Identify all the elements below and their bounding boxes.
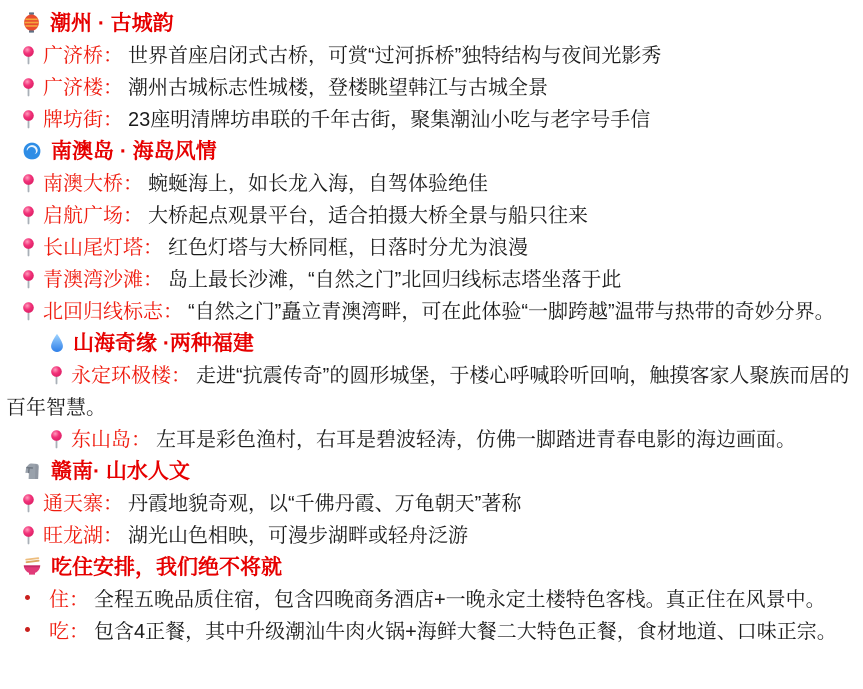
round-pushpin-icon (14, 296, 35, 328)
section-title: 吃住安排，我们绝不将就 (51, 556, 282, 579)
section: 赣南· 山水人文通天寨：丹霞地貌奇观，以“千佛丹霞、万龟朝天”著称旺龙湖：湖光山… (6, 456, 851, 552)
poi-line: 广济楼：潮州古城标志性城楼，登楼眺望韩江与古城全景 (6, 72, 851, 104)
poi-name: 牌坊街： (43, 109, 123, 131)
section-title: 南澳岛 · 海岛风情 (51, 140, 217, 163)
moai-icon (14, 456, 42, 488)
poi-name: 通天寨： (43, 493, 123, 515)
section-heading: 吃住安排，我们绝不将就 (6, 552, 851, 584)
itinerary-content: 潮州 · 古城韵广济桥：世界首座启闭式古桥，可赏“过河拆桥”独特结构与夜间光影秀… (6, 8, 851, 648)
round-pushpin-icon (14, 488, 35, 520)
poi-name: 吃： (49, 621, 89, 643)
section-title: 赣南· 山水人文 (51, 460, 190, 483)
round-pushpin-icon (14, 72, 35, 104)
water-wave-icon (14, 136, 42, 168)
round-pushpin-icon (28, 424, 63, 456)
section: 吃住安排，我们绝不将就住：全程五晚品质住宿，包含四晚商务酒店+一晚永定土楼特色客… (6, 552, 851, 648)
poi-description: 左耳是彩色渔村，右耳是碧波轻涛，仿佛一脚踏进青春电影的海边画面。 (156, 429, 796, 451)
poi-line: 启航广场：大桥起点观景平台，适合拍摄大桥全景与船只往来 (6, 200, 851, 232)
poi-line: 通天寨：丹霞地貌奇观，以“千佛丹霞、万龟朝天”著称 (6, 488, 851, 520)
poi-name: 长山尾灯塔： (43, 237, 163, 259)
poi-description: 红色灯塔与大桥同框，日落时分尤为浪漫 (168, 237, 528, 259)
poi-line: 长山尾灯塔：红色灯塔与大桥同框，日落时分尤为浪漫 (6, 232, 851, 264)
round-pushpin-icon (14, 264, 35, 296)
poi-description: 蜿蜒海上，如长龙入海，自驾体验绝佳 (148, 173, 488, 195)
section-title: 潮州 · 古城韵 (50, 12, 174, 35)
section-heading: 山海奇缘 ·两种福建 (6, 328, 851, 360)
poi-line: 广济桥：世界首座启闭式古桥，可赏“过河拆桥”独特结构与夜间光影秀 (6, 40, 851, 72)
section-heading: 南澳岛 · 海岛风情 (6, 136, 851, 168)
section: 南澳岛 · 海岛风情南澳大桥：蜿蜒海上，如长龙入海，自驾体验绝佳启航广场：大桥起… (6, 136, 851, 328)
poi-name: 旺龙湖： (43, 525, 123, 547)
poi-line: 牌坊街：23座明清牌坊串联的千年古街，聚集潮汕小吃与老字号手信 (6, 104, 851, 136)
poi-name: 启航广场： (43, 205, 143, 227)
poi-description: 全程五晚品质住宿，包含四晚商务酒店+一晚永定土楼特色客栈。真正住在风景中。 (94, 589, 826, 611)
lantern-icon (14, 8, 41, 40)
section-heading: 赣南· 山水人文 (6, 456, 851, 488)
poi-name: 北回归线标志： (43, 301, 183, 323)
poi-description: “自然之门”矗立青澳湾畔，可在此体验“一脚跨越”温带与热带的奇妙分界。 (188, 301, 835, 323)
section: 山海奇缘 ·两种福建永定环极楼：走进“抗震传奇”的圆形城堡，于楼心呼喊聆听回响，… (6, 328, 851, 456)
section-heading: 潮州 · 古城韵 (6, 8, 851, 40)
round-pushpin-icon (14, 520, 35, 552)
poi-name: 青澳湾沙滩： (43, 269, 163, 291)
poi-name: 永定环极楼： (71, 365, 191, 387)
poi-name: 广济楼： (43, 77, 123, 99)
section-title: 山海奇缘 ·两种福建 (73, 332, 254, 355)
steaming-bowl-icon (14, 552, 42, 584)
poi-name: 东山岛： (71, 429, 151, 451)
poi-name: 南澳大桥： (43, 173, 143, 195)
poi-description: 丹霞地貌奇观，以“千佛丹霞、万龟朝天”著称 (128, 493, 521, 515)
poi-line: 住：全程五晚品质住宿，包含四晚商务酒店+一晚永定土楼特色客栈。真正住在风景中。 (6, 584, 851, 616)
poi-description: 世界首座启闭式古桥，可赏“过河拆桥”独特结构与夜间光影秀 (128, 45, 661, 67)
poi-description: 包含4正餐，其中升级潮汕牛肉火锅+海鲜大餐二大特色正餐，食材地道、口味正宗。 (94, 621, 837, 643)
poi-line: 东山岛：左耳是彩色渔村，右耳是碧波轻涛，仿佛一脚踏进青春电影的海边画面。 (6, 424, 851, 456)
poi-name: 广济桥： (43, 45, 123, 67)
round-pushpin-icon (14, 168, 35, 200)
round-pushpin-icon (14, 40, 35, 72)
droplet-icon (28, 328, 64, 360)
round-pushpin-icon (28, 360, 63, 392)
poi-name: 住： (49, 589, 89, 611)
round-pushpin-icon (14, 104, 35, 136)
dot-bullet (14, 616, 41, 648)
poi-description: 23座明清牌坊串联的千年古街，聚集潮汕小吃与老字号手信 (128, 109, 650, 131)
poi-line: 永定环极楼：走进“抗震传奇”的圆形城堡，于楼心呼喊聆听回响，触摸客家人聚族而居的… (6, 360, 851, 424)
section: 潮州 · 古城韵广济桥：世界首座启闭式古桥，可赏“过河拆桥”独特结构与夜间光影秀… (6, 8, 851, 136)
poi-line: 青澳湾沙滩：岛上最长沙滩，“自然之门”北回归线标志塔坐落于此 (6, 264, 851, 296)
poi-line: 吃：包含4正餐，其中升级潮汕牛肉火锅+海鲜大餐二大特色正餐，食材地道、口味正宗。 (6, 616, 851, 648)
poi-line: 旺龙湖：湖光山色相映，可漫步湖畔或轻舟泛游 (6, 520, 851, 552)
poi-description: 湖光山色相映，可漫步湖畔或轻舟泛游 (128, 525, 468, 547)
poi-description: 岛上最长沙滩，“自然之门”北回归线标志塔坐落于此 (168, 269, 621, 291)
poi-line: 北回归线标志：“自然之门”矗立青澳湾畔，可在此体验“一脚跨越”温带与热带的奇妙分… (6, 296, 851, 328)
round-pushpin-icon (14, 232, 35, 264)
dot-bullet (14, 584, 41, 616)
poi-line: 南澳大桥：蜿蜒海上，如长龙入海，自驾体验绝佳 (6, 168, 851, 200)
round-pushpin-icon (14, 200, 35, 232)
poi-description: 大桥起点观景平台，适合拍摄大桥全景与船只往来 (148, 205, 588, 227)
poi-description: 潮州古城标志性城楼，登楼眺望韩江与古城全景 (128, 77, 548, 99)
